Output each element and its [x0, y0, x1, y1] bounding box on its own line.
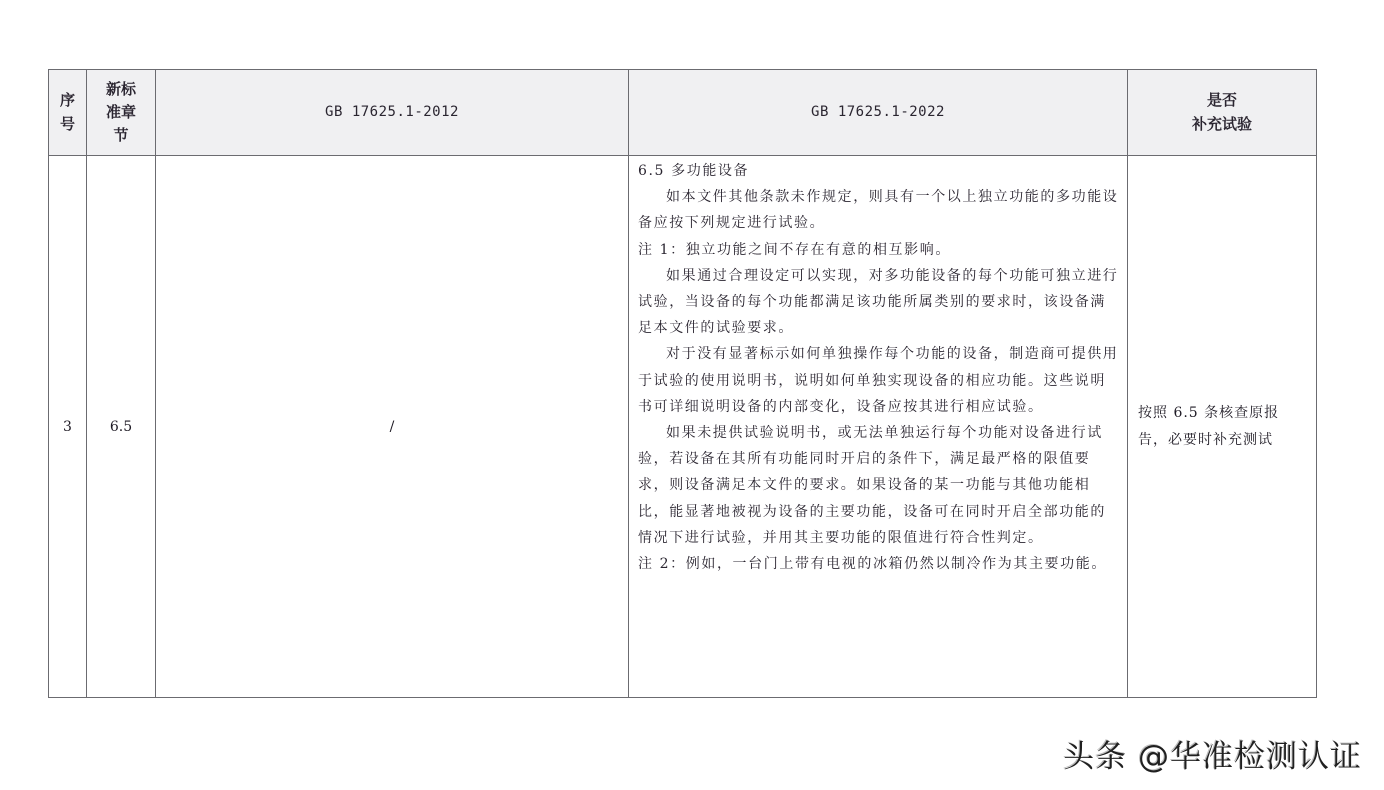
comparison-table-container: 序 号 新标 准章 节 GB 17625.1-2012 GB 17625.1-2…	[48, 69, 1317, 698]
cell-clause: 6.5	[87, 156, 156, 698]
clause-paragraph: 如本文件其他条款未作规定，则具有一个以上独立功能的多功能设备应按下列规定进行试验…	[638, 184, 1119, 236]
header-supplement-test: 是否 补充试验	[1128, 70, 1317, 156]
header-supplement-line: 补充试验	[1128, 113, 1316, 136]
standard-comparison-table: 序 号 新标 准章 节 GB 17625.1-2012 GB 17625.1-2…	[48, 69, 1317, 698]
header-new-clause: 新标 准章 节	[87, 70, 156, 156]
clause-title: 6.5 多功能设备	[638, 158, 1119, 184]
table-header-row: 序 号 新标 准章 节 GB 17625.1-2012 GB 17625.1-2…	[49, 70, 1317, 156]
header-seq: 序 号	[49, 70, 87, 156]
cell-new-standard: 6.5 多功能设备 如本文件其他条款未作规定，则具有一个以上独立功能的多功能设备…	[629, 156, 1128, 698]
header-new-clause-line: 节	[87, 124, 155, 147]
clause-note: 注 1：独立功能之间不存在有意的相互影响。	[638, 237, 1119, 263]
header-old-standard: GB 17625.1-2012	[156, 70, 629, 156]
header-new-clause-line: 准章	[87, 101, 155, 124]
header-seq-line: 号	[49, 113, 86, 136]
clause-note: 注 2：例如，一台门上带有电视的冰箱仍然以制冷作为其主要功能。	[638, 551, 1119, 577]
clause-paragraph: 如果未提供试验说明书，或无法单独运行每个功能对设备进行试验，若设备在其所有功能同…	[638, 420, 1119, 551]
clause-paragraph: 如果通过合理设定可以实现，对多功能设备的每个功能可独立进行试验，当设备的每个功能…	[638, 263, 1119, 342]
header-supplement-line: 是否	[1128, 89, 1316, 112]
clause-paragraph: 对于没有显著标示如何单独操作每个功能的设备，制造商可提供用于试验的使用说明书，说…	[638, 341, 1119, 420]
header-new-clause-line: 新标	[87, 78, 155, 101]
table-row: 3 6.5 / 6.5 多功能设备 如本文件其他条款未作规定，则具有一个以上独立…	[49, 156, 1317, 698]
cell-seq: 3	[49, 156, 87, 698]
header-new-standard: GB 17625.1-2022	[629, 70, 1128, 156]
cell-old-standard: /	[156, 156, 629, 698]
watermark: 头条 @华准检测认证	[1063, 731, 1362, 776]
header-seq-line: 序	[49, 89, 86, 112]
cell-supplement-test: 按照 6.5 条核查原报告，必要时补充测试	[1128, 156, 1317, 698]
